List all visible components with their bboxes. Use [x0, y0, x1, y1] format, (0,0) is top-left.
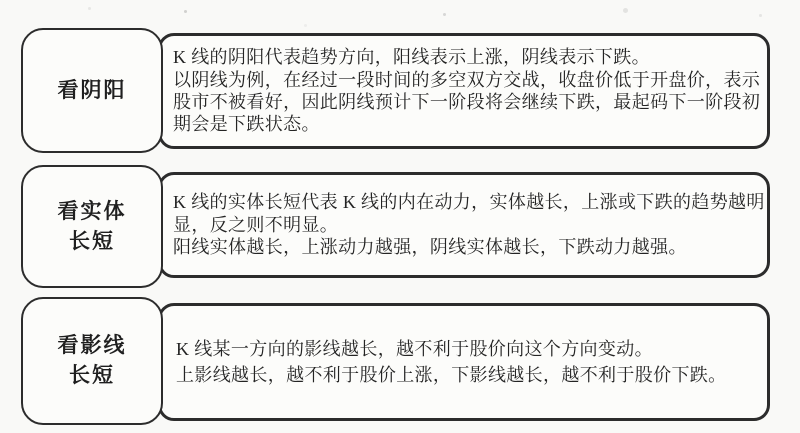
- description-line: 以阴线为例，在经过一段时间的多空双方交战，收盘价低于开盘价，表示: [173, 69, 763, 91]
- scan-noise-specks: [184, 10, 187, 13]
- category-box-body-length: 看实体 长短: [21, 165, 163, 288]
- category-label-line: 看阴阳: [58, 76, 127, 106]
- category-box-shadow-length: 看影线 长短: [21, 297, 163, 425]
- description-box-shadow-length: K 线某一方向的影线越长，越不利于股价向这个方向变动。 上影线越长，越不利于股价…: [158, 303, 770, 421]
- category-label-line: 看影线: [58, 331, 127, 361]
- description-line: 股市不被看好，因此阴线预计下一阶段将会继续下跌，最起码下一阶段初: [173, 91, 763, 113]
- description-line: 显，反之则不明显。: [173, 214, 763, 236]
- description-line: K 线的实体长短代表 K 线的内在动力，实体越长，上涨或下跌的趋势越明: [173, 191, 763, 213]
- category-label-line: 看实体: [58, 197, 127, 227]
- scanned-diagram-page: 看阴阳 K 线的阴阳代表趋势方向，阳线表示上涨，阴线表示下跌。 以阴线为例，在经…: [0, 0, 800, 433]
- category-label-line: 长短: [69, 227, 115, 257]
- description-box-body-length: K 线的实体长短代表 K 线的内在动力，实体越长，上涨或下跌的趋势越明 显，反之…: [158, 172, 770, 278]
- description-line: K 线的阴阳代表趋势方向，阳线表示上涨，阴线表示下跌。: [173, 46, 763, 68]
- description-line: 上影线越长，越不利于股价上涨，下影线越长，越不利于股价下跌。: [176, 362, 763, 389]
- category-label-line: 长短: [69, 361, 115, 391]
- description-line: 阳线实体越长，上涨动力越强，阴线实体越长，下跌动力越强。: [173, 236, 763, 258]
- description-line: K 线某一方向的影线越长，越不利于股价向这个方向变动。: [176, 336, 763, 363]
- description-box-yinyang: K 线的阴阳代表趋势方向，阳线表示上涨，阴线表示下跌。 以阴线为例，在经过一段时…: [158, 33, 770, 149]
- description-line: 期会是下跌状态。: [173, 113, 763, 135]
- category-box-yinyang: 看阴阳: [21, 28, 163, 153]
